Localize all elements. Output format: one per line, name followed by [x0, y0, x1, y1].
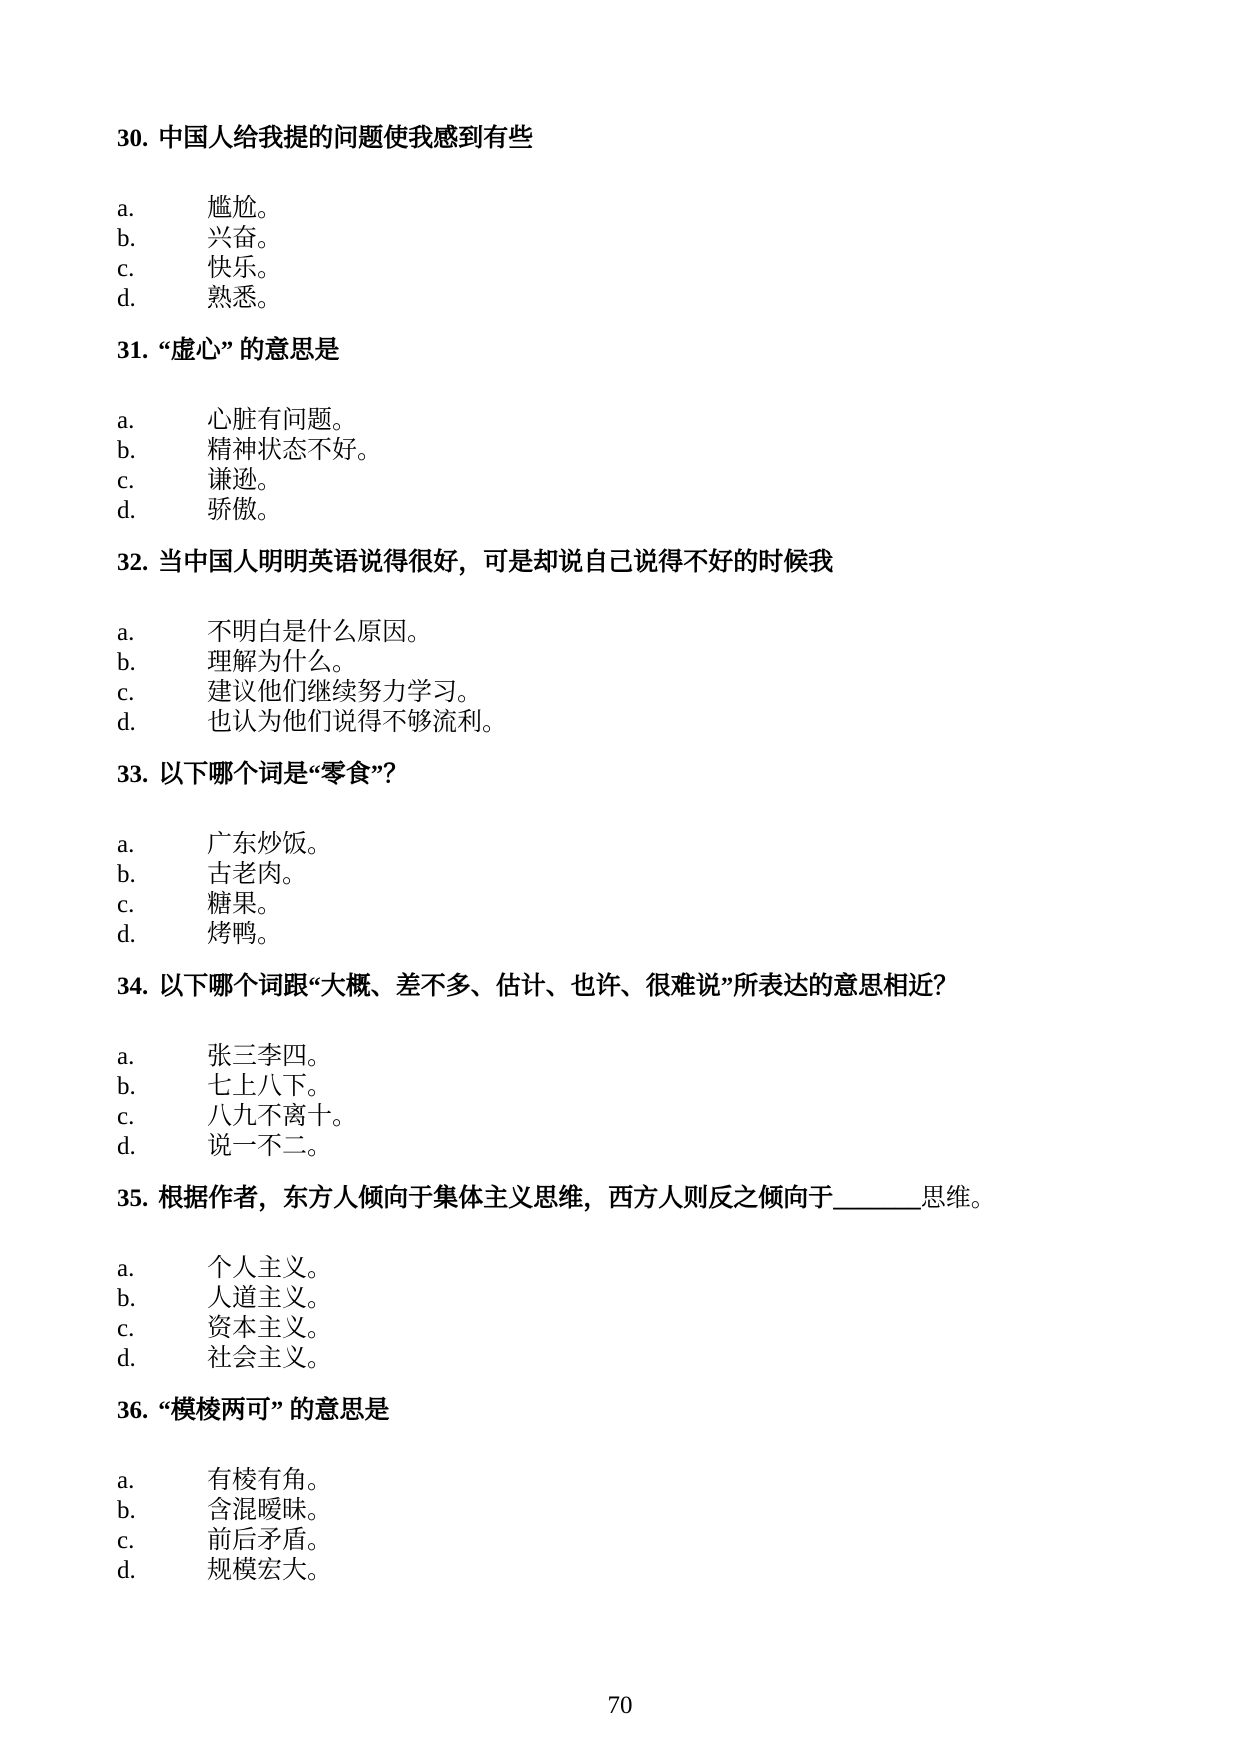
- option-row: c.谦逊。: [117, 466, 1160, 496]
- option-text: 有棱有角。: [207, 1466, 1160, 1496]
- question-block-36: 36.“模棱两可” 的意思是 a.有棱有角。 b.含混暧昧。 c.前后矛盾。 d…: [117, 1396, 1160, 1586]
- option-row: c.糖果。: [117, 890, 1160, 920]
- option-text: 精神状态不好。: [207, 436, 1160, 466]
- options-list: a.尴尬。 b.兴奋。 c.快乐。 d.熟悉。: [117, 194, 1160, 314]
- option-letter: b.: [117, 1496, 207, 1526]
- option-text: 八九不离十。: [207, 1102, 1160, 1132]
- option-row: c.快乐。: [117, 254, 1160, 284]
- option-text: 熟悉。: [207, 284, 1160, 314]
- question-number: 33.: [117, 761, 148, 788]
- option-text: 快乐。: [207, 254, 1160, 284]
- option-row: c.资本主义。: [117, 1314, 1160, 1344]
- option-text: 骄傲。: [207, 496, 1160, 526]
- question-heading: 31.“虚心” 的意思是: [117, 336, 1160, 366]
- question-heading: 30.中国人给我提的问题使我感到有些: [117, 124, 1160, 154]
- option-text: 说一不二。: [207, 1132, 1160, 1162]
- option-row: c.前后矛盾。: [117, 1526, 1160, 1556]
- option-text: 规模宏大。: [207, 1556, 1160, 1586]
- questions-section: 30.中国人给我提的问题使我感到有些 a.尴尬。 b.兴奋。 c.快乐。 d.熟…: [117, 124, 1160, 1608]
- option-text: 个人主义。: [207, 1254, 1160, 1284]
- option-row: b.兴奋。: [117, 224, 1160, 254]
- question-text: 根据作者，东方人倾向于集体主义思维，西方人则反之倾向于_______: [158, 1185, 921, 1212]
- question-block-34: 34.以下哪个词跟“大概、差不多、估计、也许、很难说”所表达的意思相近？ a.张…: [117, 972, 1160, 1162]
- option-row: b.人道主义。: [117, 1284, 1160, 1314]
- option-text: 人道主义。: [207, 1284, 1160, 1314]
- option-row: c.建议他们继续努力学习。: [117, 678, 1160, 708]
- option-row: a.心脏有问题。: [117, 406, 1160, 436]
- option-text: 古老肉。: [207, 860, 1160, 890]
- options-list: a.张三李四。 b.七上八下。 c.八九不离十。 d.说一不二。: [117, 1042, 1160, 1162]
- option-text: 张三李四。: [207, 1042, 1160, 1072]
- option-row: d.烤鸭。: [117, 920, 1160, 950]
- option-row: d.也认为他们说得不够流利。: [117, 708, 1160, 738]
- option-text: 糖果。: [207, 890, 1160, 920]
- option-text: 含混暧昧。: [207, 1496, 1160, 1526]
- option-letter: c.: [117, 1526, 207, 1556]
- option-row: a.尴尬。: [117, 194, 1160, 224]
- question-text: 以下哪个词是“零食”？: [158, 761, 408, 788]
- option-row: a.不明白是什么原因。: [117, 618, 1160, 648]
- question-text-suffix: 思维。: [921, 1185, 996, 1212]
- option-row: d.骄傲。: [117, 496, 1160, 526]
- option-letter: b.: [117, 1284, 207, 1314]
- option-letter: a.: [117, 1254, 207, 1284]
- question-text: 当中国人明明英语说得很好，可是却说自己说得不好的时候我: [158, 549, 833, 576]
- option-row: b.理解为什么。: [117, 648, 1160, 678]
- option-letter: b.: [117, 1072, 207, 1102]
- option-letter: d.: [117, 920, 207, 950]
- option-row: a.广东炒饭。: [117, 830, 1160, 860]
- option-text: 烤鸭。: [207, 920, 1160, 950]
- option-text: 兴奋。: [207, 224, 1160, 254]
- option-letter: a.: [117, 618, 207, 648]
- options-list: a.有棱有角。 b.含混暧昧。 c.前后矛盾。 d.规模宏大。: [117, 1466, 1160, 1586]
- question-heading: 34.以下哪个词跟“大概、差不多、估计、也许、很难说”所表达的意思相近？: [117, 972, 1160, 1002]
- option-text: 社会主义。: [207, 1344, 1160, 1374]
- option-letter: c.: [117, 1314, 207, 1344]
- option-letter: a.: [117, 1042, 207, 1072]
- question-heading: 32.当中国人明明英语说得很好，可是却说自己说得不好的时候我: [117, 548, 1160, 578]
- option-letter: d.: [117, 1556, 207, 1586]
- question-block-31: 31.“虚心” 的意思是 a.心脏有问题。 b.精神状态不好。 c.谦逊。 d.…: [117, 336, 1160, 526]
- question-block-32: 32.当中国人明明英语说得很好，可是却说自己说得不好的时候我 a.不明白是什么原…: [117, 548, 1160, 738]
- option-text: 谦逊。: [207, 466, 1160, 496]
- option-text: 理解为什么。: [207, 648, 1160, 678]
- question-text: 以下哪个词跟“大概、差不多、估计、也许、很难说”所表达的意思相近？: [158, 973, 958, 1000]
- option-text: 尴尬。: [207, 194, 1160, 224]
- option-text: 建议他们继续努力学习。: [207, 678, 1160, 708]
- question-number: 32.: [117, 549, 148, 576]
- option-letter: d.: [117, 496, 207, 526]
- question-heading: 36.“模棱两可” 的意思是: [117, 1396, 1160, 1426]
- option-row: a.个人主义。: [117, 1254, 1160, 1284]
- question-number: 30.: [117, 125, 148, 152]
- question-block-30: 30.中国人给我提的问题使我感到有些 a.尴尬。 b.兴奋。 c.快乐。 d.熟…: [117, 124, 1160, 314]
- question-block-35: 35.根据作者，东方人倾向于集体主义思维，西方人则反之倾向于_______思维。…: [117, 1184, 1160, 1374]
- option-letter: d.: [117, 284, 207, 314]
- option-letter: a.: [117, 406, 207, 436]
- option-row: b.七上八下。: [117, 1072, 1160, 1102]
- option-row: d.社会主义。: [117, 1344, 1160, 1374]
- option-letter: b.: [117, 648, 207, 678]
- options-list: a.心脏有问题。 b.精神状态不好。 c.谦逊。 d.骄傲。: [117, 406, 1160, 526]
- question-heading: 35.根据作者，东方人倾向于集体主义思维，西方人则反之倾向于_______思维。: [117, 1184, 1160, 1214]
- question-number: 34.: [117, 973, 148, 1000]
- option-letter: d.: [117, 1344, 207, 1374]
- option-letter: b.: [117, 436, 207, 466]
- question-block-33: 33.以下哪个词是“零食”？ a.广东炒饭。 b.古老肉。 c.糖果。 d.烤鸭…: [117, 760, 1160, 950]
- option-text: 七上八下。: [207, 1072, 1160, 1102]
- option-row: d.熟悉。: [117, 284, 1160, 314]
- option-row: d.规模宏大。: [117, 1556, 1160, 1586]
- option-letter: a.: [117, 1466, 207, 1496]
- option-text: 也认为他们说得不够流利。: [207, 708, 1160, 738]
- options-list: a.不明白是什么原因。 b.理解为什么。 c.建议他们继续努力学习。 d.也认为…: [117, 618, 1160, 738]
- option-row: b.精神状态不好。: [117, 436, 1160, 466]
- option-letter: c.: [117, 678, 207, 708]
- options-list: a.个人主义。 b.人道主义。 c.资本主义。 d.社会主义。: [117, 1254, 1160, 1374]
- question-number: 31.: [117, 337, 148, 364]
- option-letter: a.: [117, 830, 207, 860]
- option-text: 不明白是什么原因。: [207, 618, 1160, 648]
- option-letter: d.: [117, 708, 207, 738]
- option-text: 前后矛盾。: [207, 1526, 1160, 1556]
- options-list: a.广东炒饭。 b.古老肉。 c.糖果。 d.烤鸭。: [117, 830, 1160, 950]
- question-text: “虚心” 的意思是: [158, 337, 339, 364]
- option-letter: a.: [117, 194, 207, 224]
- option-letter: c.: [117, 466, 207, 496]
- option-letter: c.: [117, 1102, 207, 1132]
- option-row: c.八九不离十。: [117, 1102, 1160, 1132]
- option-row: b.含混暧昧。: [117, 1496, 1160, 1526]
- option-row: a.张三李四。: [117, 1042, 1160, 1072]
- option-letter: c.: [117, 254, 207, 284]
- option-row: a.有棱有角。: [117, 1466, 1160, 1496]
- question-number: 35.: [117, 1185, 148, 1212]
- option-text: 心脏有问题。: [207, 406, 1160, 436]
- question-heading: 33.以下哪个词是“零食”？: [117, 760, 1160, 790]
- question-text: 中国人给我提的问题使我感到有些: [158, 125, 533, 152]
- option-letter: d.: [117, 1132, 207, 1162]
- document-page: 30.中国人给我提的问题使我感到有些 a.尴尬。 b.兴奋。 c.快乐。 d.熟…: [0, 0, 1240, 1754]
- option-letter: b.: [117, 224, 207, 254]
- option-letter: c.: [117, 890, 207, 920]
- question-text: “模棱两可” 的意思是: [158, 1397, 389, 1424]
- option-row: d.说一不二。: [117, 1132, 1160, 1162]
- page-number: 70: [0, 1692, 1240, 1720]
- option-row: b.古老肉。: [117, 860, 1160, 890]
- option-text: 资本主义。: [207, 1314, 1160, 1344]
- option-letter: b.: [117, 860, 207, 890]
- question-number: 36.: [117, 1397, 148, 1424]
- option-text: 广东炒饭。: [207, 830, 1160, 860]
